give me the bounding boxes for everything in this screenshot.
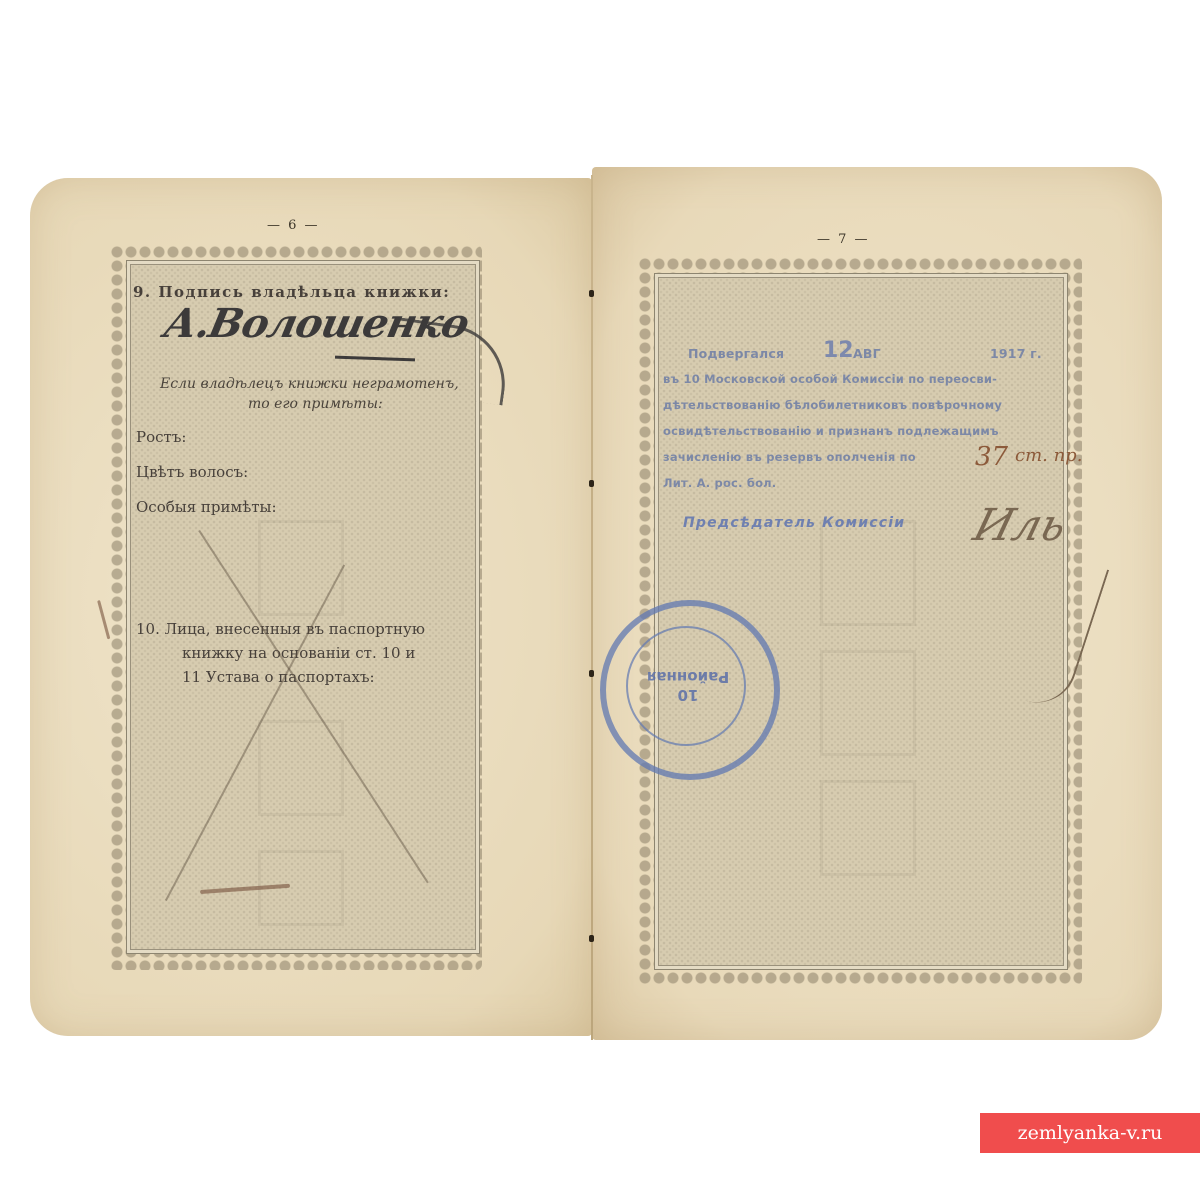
handwritten-abbreviation: ст. пр. [1015,445,1082,466]
booklet-spine [591,175,593,1040]
stitch-hole [589,935,594,942]
handwritten-article-number: 37 [975,442,1008,472]
illiterate-note-line1: Если владѣлецъ книжки неграмотенъ, [160,376,459,392]
stamp-line-1: Подвергался [688,346,784,361]
stamp-line-4: освидѣтельствованiю и признанъ подлежащи… [663,424,999,438]
round-seal-center-text: 10 Районная [643,668,733,704]
site-watermark-badge: zemlyanka-v.ru [980,1113,1200,1153]
section-10-line1: 10. Лица, внесенныя въ паспортную [136,620,425,638]
page-number-left: — 6 — [267,218,320,233]
stamp-line-2: въ 10 Московской особой Комиссiи по пере… [663,372,997,386]
stamp-date-year: 1917 г. [990,346,1042,361]
page-number-right: — 7 — [817,232,870,247]
chairman-signature: Иль [968,500,1072,551]
field-height-label: Ростъ: [136,428,186,446]
stamp-line-6: Лит. А. рос. бол. [663,476,776,490]
stamp-line-5: зачисленiю въ резервъ ополченiя по [663,450,916,464]
section-10-line3: 11 Устава о паспортахъ: [182,668,375,686]
stitch-hole [589,670,594,677]
watermark-shape [258,520,344,616]
watermark-shape [820,780,916,876]
chairman-label: Предсѣдатель Комиссiи [683,515,905,531]
stamp-line-3: дѣтельствованiю бѣлобилетниковъ повѣрочн… [663,398,1002,412]
illiterate-note-line2: то его примѣты: [248,396,383,412]
field-special-marks-label: Особыя примѣты: [136,498,277,516]
section-9-title: 9. Подпись владѣльца книжки: [133,283,450,301]
watermark-shape [820,520,916,626]
watermark-shape [820,650,916,756]
stitch-hole [589,290,594,297]
stitch-hole [589,480,594,487]
stamp-date-day: 12 [823,338,854,363]
field-hair-color-label: Цвѣтъ волосъ: [136,463,248,481]
stamp-date-month: АВГ [853,346,881,361]
